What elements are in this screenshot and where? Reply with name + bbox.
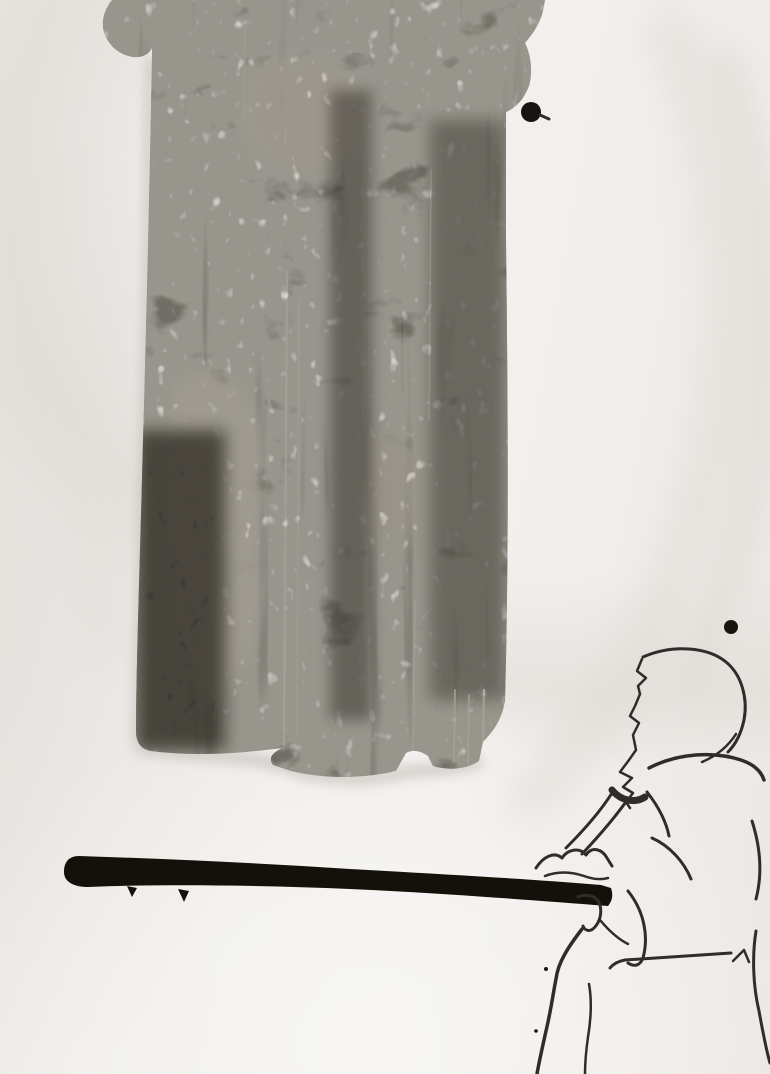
figure-stroke [649, 755, 764, 780]
bar-drip [178, 889, 189, 902]
ink-dot [534, 1029, 538, 1033]
figure-stroke [545, 873, 608, 879]
bar-drip [127, 886, 137, 897]
background-wash-stroke [10, 360, 110, 640]
ink-bar [64, 856, 612, 906]
figure-stroke [536, 850, 612, 868]
figure-stroke [752, 821, 760, 899]
ink-dot [521, 102, 541, 122]
figure-stroke [610, 953, 731, 968]
figure-stroke [647, 792, 669, 836]
ink-dot [724, 620, 738, 634]
figure-stroke [537, 929, 582, 1074]
figure-stroke [582, 799, 628, 854]
figure-stroke [540, 115, 549, 119]
artwork-canvas [0, 0, 770, 1074]
figure-stroke [566, 793, 612, 848]
ink-slab-group [100, 0, 560, 790]
bar-drips [127, 886, 189, 902]
figure-stroke [652, 838, 691, 879]
slab-grain-texture [100, 0, 560, 790]
figure-stroke [733, 950, 749, 962]
slab-clipped-content [100, 0, 560, 790]
ink-painting [0, 0, 770, 1074]
figure-stroke [754, 931, 770, 1063]
ink-dot [544, 967, 548, 971]
figure-stroke [585, 984, 591, 1074]
figure-stroke [628, 891, 645, 965]
figure-stroke [600, 920, 628, 944]
